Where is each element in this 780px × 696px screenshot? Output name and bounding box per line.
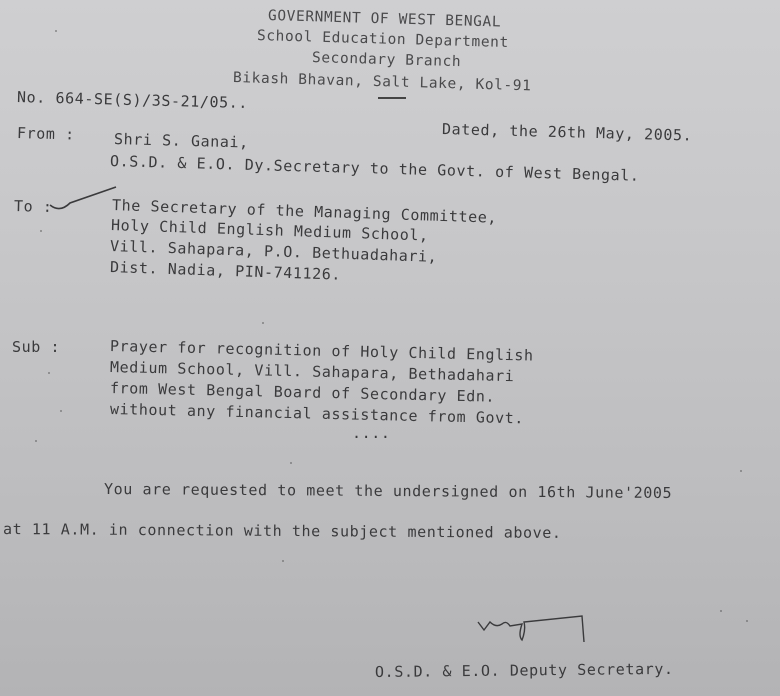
from-label: From : (17, 124, 75, 144)
from-name: Shri S. Ganai, (114, 130, 249, 152)
scan-speck (746, 620, 748, 622)
scan-speck (290, 462, 292, 464)
scan-speck (48, 372, 50, 374)
body-line-2: at 11 A.M. in connection with the subjec… (3, 520, 562, 542)
letterhead-department: School Education Department (257, 28, 509, 51)
signatory-designation: O.S.D. & E.O. Deputy Secretary. (375, 660, 674, 681)
scan-speck (720, 610, 722, 612)
body-line-1: You are requested to meet the undersigne… (104, 480, 672, 502)
scan-speck (60, 410, 62, 412)
scan-speck (740, 470, 742, 472)
scan-speck (40, 230, 42, 232)
signature-icon (470, 600, 600, 650)
subject-label: Sub : (12, 338, 60, 356)
tick-mark-icon (46, 185, 121, 215)
scanned-letter: GOVERNMENT OF WEST BENGAL School Educati… (0, 0, 780, 696)
letter-date: Dated, the 26th May, 2005. (442, 120, 693, 145)
to-line-4: Dist. Nadia, PIN-741126. (110, 258, 342, 284)
letterhead-underline (378, 97, 406, 99)
memo-number: No. 664-SE(S)/3S-21/05.. (17, 88, 249, 112)
letterhead-address: Bikash Bhavan, Salt Lake, Kol-91 (233, 70, 532, 94)
scan-speck (55, 30, 57, 32)
letterhead-branch: Secondary Branch (312, 50, 462, 70)
letterhead-government: GOVERNMENT OF WEST BENGAL (268, 8, 502, 31)
subject-separator: .... (352, 424, 391, 442)
scan-speck (35, 440, 37, 442)
scan-speck (282, 560, 284, 562)
scan-speck (262, 322, 264, 324)
from-designation: O.S.D. & E.O. Dy.Secretary to the Govt. … (110, 152, 640, 185)
